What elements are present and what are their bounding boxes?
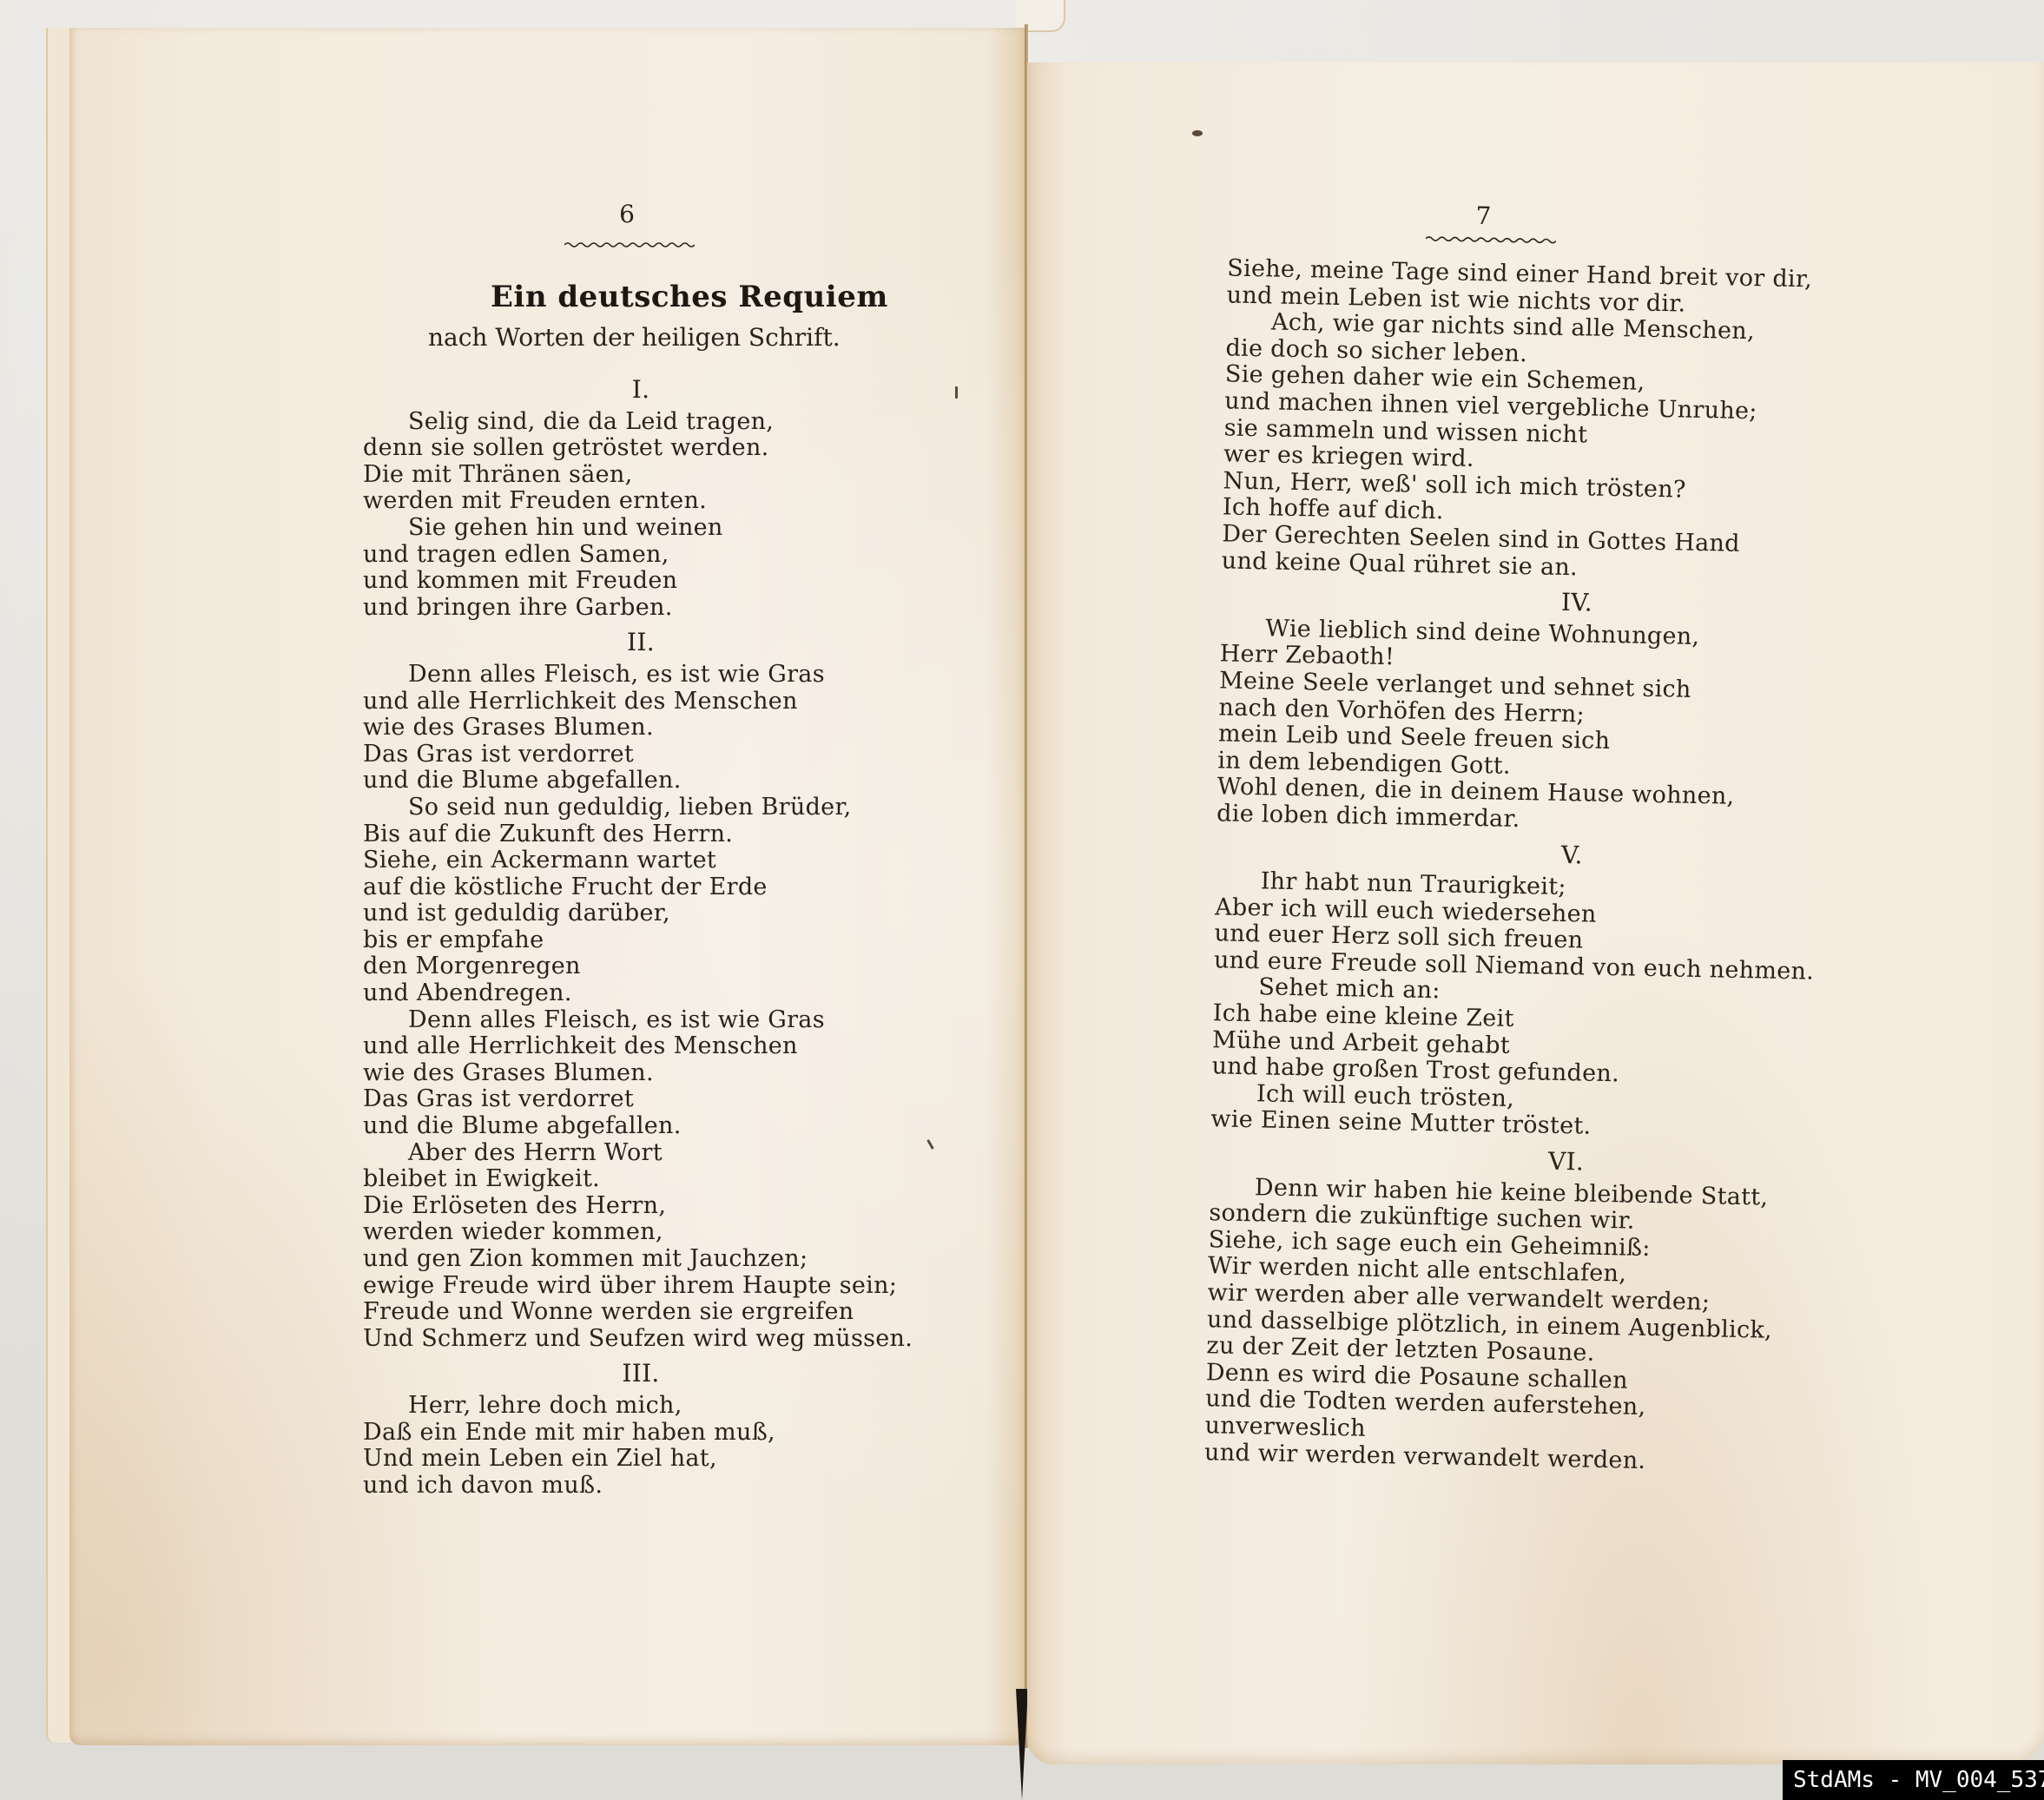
verse-line: Sie gehen hin und weinen: [363, 515, 919, 542]
document-title: Ein deutsches Requiem: [491, 280, 888, 314]
verse-line: und Abendregen.: [363, 980, 919, 1007]
right-page: 7 Siehe, meine Tage sind einer Hand brei…: [1027, 63, 2044, 1764]
verse-line: und bringen ihre Garben.: [363, 595, 919, 622]
verse-line: Das Gras ist verdorret: [363, 742, 919, 768]
verse-line: und die Blume abgefallen.: [363, 1113, 919, 1140]
section-numeral: III.: [363, 1361, 919, 1388]
verse-line: und kommen mit Freuden: [363, 568, 919, 595]
page-number-ornament-right: [1426, 235, 1556, 245]
archive-id-label: StdAMs - MV_004_537: [1783, 1760, 2044, 1800]
verse-line: auf die köstliche Frucht der Erde: [363, 874, 919, 901]
verse-line: Und mein Leben ein Ziel hat,: [363, 1446, 919, 1473]
left-page-text: I.Selig sind, die da Leid tragen,denn si…: [363, 368, 919, 1499]
page-number-right: 7: [1457, 201, 1510, 231]
verse-line: bleibet in Ewigkeit.: [363, 1166, 919, 1193]
verse-line: So seid nun geduldig, lieben Brüder,: [363, 795, 919, 821]
page-number-ornament-left: [564, 241, 695, 248]
book-gutter-shadow: [1016, 1689, 1028, 1800]
verse-line: den Morgenregen: [363, 953, 919, 980]
verse-line: und alle Herrlichkeit des Menschen: [363, 1033, 919, 1060]
verse-line: ewige Freude wird über ihrem Haupte sein…: [363, 1273, 919, 1300]
verse-line: Denn alles Fleisch, es ist wie Gras: [363, 1007, 919, 1034]
verse-line: werden mit Freuden ernten.: [363, 488, 919, 515]
verse-line: bis er empfahe: [363, 927, 919, 954]
verse-line: wie des Grases Blumen.: [363, 1060, 919, 1087]
verse-line: denn sie sollen getröstet werden.: [363, 435, 919, 462]
verse-line: Selig sind, die da Leid tragen,: [363, 409, 919, 436]
verse-line: Und Schmerz und Seufzen wird weg müssen.: [363, 1326, 919, 1353]
verse-line: Aber des Herrn Wort: [363, 1140, 919, 1167]
verse-line: und alle Herrlichkeit des Menschen: [363, 689, 919, 715]
verse-line: und tragen edlen Samen,: [363, 542, 919, 569]
page-number-left: 6: [601, 200, 653, 228]
verse-line: und die Blume abgefallen.: [363, 768, 919, 795]
verse-line: Daß ein Ende mit mir haben muß,: [363, 1420, 919, 1447]
verse-line: und ich davon muß.: [363, 1473, 919, 1500]
verse-line: Herr, lehre doch mich,: [363, 1393, 919, 1420]
verse-line: Die Erlöseten des Herrn,: [363, 1193, 919, 1220]
verse-line: Denn alles Fleisch, es ist wie Gras: [363, 662, 919, 689]
section-numeral: I.: [363, 377, 919, 404]
right-page-text: Siehe, meine Tage sind einer Hand breit …: [1204, 255, 1940, 1480]
verse-line: und ist geduldig darüber,: [363, 900, 919, 927]
verse-line: Freude und Wonne werden sie ergreifen: [363, 1299, 919, 1326]
document-subtitle: nach Worten der heiligen Schrift.: [428, 323, 841, 352]
left-page: 6 Ein deutsches Requiem nach Worten der …: [69, 28, 1025, 1745]
verse-line: Bis auf die Zukunft des Herrn.: [363, 821, 919, 848]
verse-line: werden wieder kommen,: [363, 1219, 919, 1246]
verse-line: Die mit Thränen säen,: [363, 462, 919, 489]
verse-line: Siehe, ein Ackermann wartet: [363, 847, 919, 874]
section-numeral: II.: [363, 630, 919, 656]
verse-line: und gen Zion kommen mit Jauchzen;: [363, 1246, 919, 1273]
verse-line: Das Gras ist verdorret: [363, 1086, 919, 1113]
right-page-content: 7 Siehe, meine Tage sind einer Hand brei…: [1027, 63, 2044, 1764]
verse-line: wie des Grases Blumen.: [363, 715, 919, 742]
paper-speck: [926, 1139, 934, 1150]
paper-speck: [955, 386, 958, 399]
